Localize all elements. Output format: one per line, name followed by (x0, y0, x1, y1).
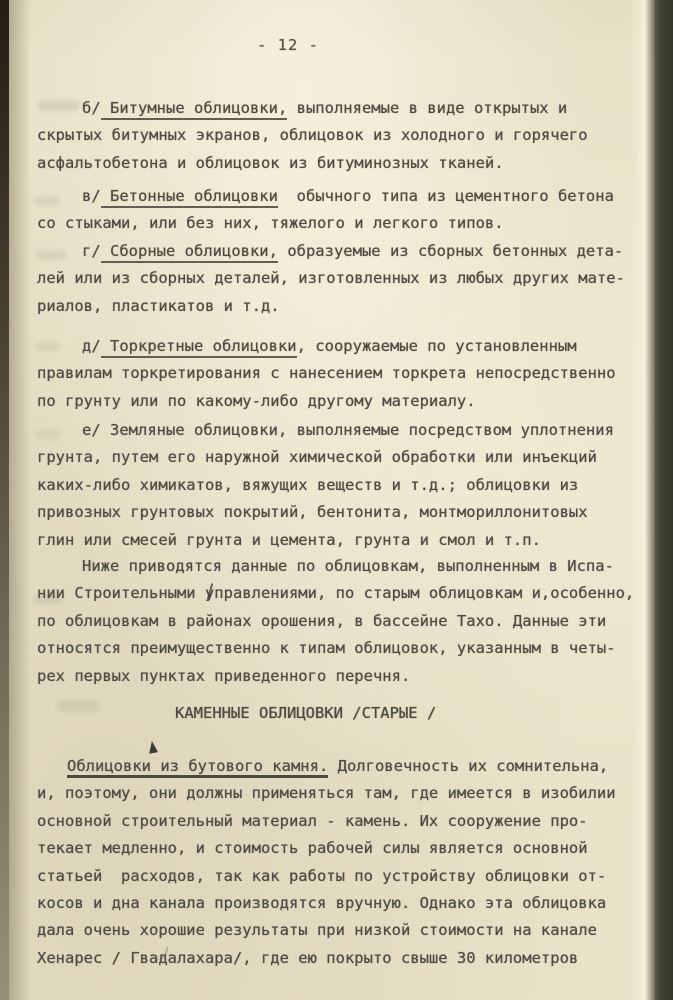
paragraph-line: и, поэтому, они должны применяться там, … (37, 780, 645, 807)
paragraph-betonnye: в/ Бетонные облицовки обычного типа из ц… (37, 183, 645, 238)
paragraph-line: косов и дна канала производятся вручную.… (37, 890, 645, 917)
text-column: - 12 - б/ Битумные облицовки, выполняемы… (37, 0, 645, 1000)
paragraph-line: г/ Сборные облицовки, образуемые из сбор… (37, 238, 645, 265)
paragraph-line: относятся преимущественно к типам облицо… (37, 635, 645, 662)
list-marker: в/ (82, 187, 101, 205)
list-marker: д/ (82, 337, 101, 355)
paragraph-line: е/ Земляные облицовки, выполняемые посре… (37, 417, 645, 444)
scan-edge-right-shadow (645, 0, 655, 1000)
paragraph-line: основной строительный материал - камень.… (37, 808, 645, 835)
paragraph-line: асфальтобетона и облицовок из битуминозн… (37, 150, 645, 177)
scan-edge-left (0, 0, 9, 1000)
paragraph-bitumnye: б/ Битумные облицовки, выполняемые в вид… (37, 95, 645, 177)
scan-edge-right (655, 0, 673, 1000)
paragraph-line: Облицовки из бутового камня. Долговечнос… (37, 753, 645, 780)
paragraph-line: д/ Торкретные облицовки, сооружаемые по … (37, 333, 645, 360)
underlined-term: Битумные облицовки, (101, 99, 288, 120)
paragraph-line: в/ Бетонные облицовки обычного типа из ц… (37, 183, 645, 210)
paragraph-butovyi-kamen: Облицовки из бутового камня. Долговечнос… (37, 753, 645, 972)
paragraph-line: текает медленно, и стоимость рабочей сил… (37, 835, 645, 862)
paragraph-line: лей или из сборных деталей, изготовленны… (37, 265, 645, 292)
paragraph-line: глин или смесей грунта и цемента, грунта… (37, 527, 645, 554)
page-number: - 12 - (257, 35, 319, 55)
underlined-term: Торкретные облицовки (101, 337, 297, 358)
underlined-term: Бетонные облицовки (101, 187, 278, 208)
paragraph-line: скрытых битумных экранов, облицовок из х… (37, 122, 645, 149)
scanned-typewritten-page: - 12 - б/ Битумные облицовки, выполняемы… (0, 0, 673, 1000)
paragraph-line: статьей расходов, так как работы по устр… (37, 863, 645, 890)
paragraph-line: привозных грунтовых покрытий, бентонита,… (37, 499, 645, 526)
scan-edge-left-shadow (9, 0, 31, 1000)
underlined-term: Сборные облицовки, (101, 242, 278, 263)
handwritten-triangle-mark (147, 740, 158, 753)
list-marker: г/ (82, 242, 101, 260)
paragraph-line: дала очень хорошие результаты при низкой… (37, 917, 645, 944)
paragraph-line: по облицовкам в районах орошения, в басс… (37, 608, 645, 635)
paragraph-line: Ниже приводятся данные по облицовкам, вы… (37, 553, 645, 580)
paragraph-line: каких-либо химикатов, вяжущих веществ и … (37, 472, 645, 499)
paragraph-line: со стыками, или без них, тяжелого и легк… (37, 210, 645, 237)
text-run: выполняемые в виде открытых и (287, 99, 567, 117)
text-run: обычного типа из цементного бетона (278, 187, 614, 205)
list-marker: б/ (82, 99, 101, 117)
text-run: , сооружаемые по установленным (297, 337, 577, 355)
paragraph-line: по грунту или по какому-либо другому мат… (37, 388, 645, 415)
text-run: образуемые из сборных бетонных дета- (278, 242, 623, 260)
paragraph-line: б/ Битумные облицовки, выполняемые в вид… (37, 95, 645, 122)
paragraph-line: Хенарес / Гвадалахара/, где ею покрыто с… (37, 945, 645, 972)
underlined-term: Облицовки из бутового камня. (67, 757, 328, 778)
paragraph-line: риалов, пластикатов и т.д. (37, 293, 645, 320)
paragraph-line: грунта, путем его наружной химической об… (37, 444, 645, 471)
paragraph-sbornye: г/ Сборные облицовки, образуемые из сбор… (37, 238, 645, 320)
section-heading: КАМЕННЫЕ ОБЛИЦОВКИ /СТАРЫЕ / (37, 700, 645, 727)
paragraph-line: рех первых пунктах приведенного перечня. (37, 663, 645, 690)
paragraph-zemlyanye: е/ Земляные облицовки, выполняемые посре… (37, 417, 645, 554)
text-run: Долговечность их сомнительна, (328, 757, 608, 775)
paragraph-nizhe: Ниже приводятся данные по облицовкам, вы… (37, 553, 645, 690)
paragraph-line: нии Строительными управлениями, по стары… (37, 580, 645, 607)
paragraph-line: правилам торкретирования с нанесением то… (37, 360, 645, 387)
paragraph-torkretnye: д/ Торкретные облицовки, сооружаемые по … (37, 333, 645, 415)
